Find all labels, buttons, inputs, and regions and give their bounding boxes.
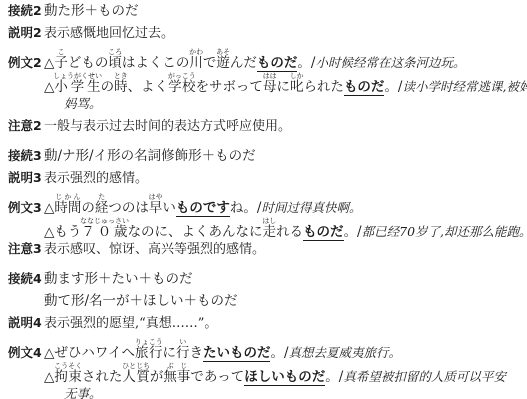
grammar-pattern-highlight: ものだ [257, 55, 298, 72]
ruby-annotated-text: 小学生しょうがくせい [54, 79, 100, 95]
section-usage-4: 接続4動ます形＋たい＋ものだ動て形/名一が＋ほしい＋ものだ説明4表示强烈的愿望,… [8, 271, 519, 399]
text-row: 接続4動ます形＋たい＋ものだ [8, 271, 519, 287]
furigana-text: こ [54, 48, 68, 56]
japanese-text: に [162, 345, 176, 361]
grammar-pattern-highlight: ものだ [344, 79, 385, 96]
japanese-text: 。/ [325, 369, 343, 385]
grammar-pattern-highlight: たいものだ [203, 345, 271, 362]
row-content: 動て形/名一が＋ほしい＋ものだ [44, 293, 519, 309]
chinese-translation: 都已经70岁了,却还那么能跑。 [362, 224, 527, 239]
row-content: 无事。 [44, 386, 519, 399]
row-content: △時間じかんの経たつのは早はやいものですね。/时间过得真快啊。 [44, 193, 519, 216]
japanese-text: △ [44, 55, 54, 71]
text-row: 動て形/名一が＋ほしい＋ものだ [8, 293, 519, 309]
chinese-translation: 妈骂。 [64, 96, 102, 111]
furigana-text: しか [290, 72, 304, 80]
text-row: 注意2一般与表示过去时间的表达方式呼应使用。 [8, 118, 519, 135]
ruby-annotated-text: 叱しか [290, 79, 304, 95]
furigana-text: こうそく [54, 362, 82, 370]
grammar-pattern-highlight: ほしいものだ [244, 369, 325, 386]
text-row: 例文2△子こどもの頃ころはよくこの川かわで遊あそんだものだ。/小时候经常在这条河… [8, 48, 519, 71]
japanese-text: 。/ [344, 224, 362, 240]
furigana-text: ぶじ [163, 362, 190, 370]
row-label: 接続3 [8, 148, 44, 163]
japanese-text: の [81, 200, 95, 216]
japanese-text: △ [44, 369, 54, 385]
japanese-text: どもの [68, 55, 109, 71]
chinese-translation: 真希望被扣留的人质可以平安 [343, 369, 506, 384]
japanese-text: はよくこの [122, 55, 190, 71]
row-content: △もう７０歳ななじゅっさいなのに、よくあんなに走はしれるものだ。/都已经70岁了… [44, 217, 527, 240]
furigana-text: い [176, 338, 190, 346]
text-row: 例文4△ぜひハワイへ旅行りょこうに行いきたいものだ。/真想去夏威夷旅行。 [8, 338, 519, 361]
ruby-annotated-text: 母はは [263, 79, 277, 95]
text-row: 妈骂。 [8, 96, 519, 112]
text-row: 説明2表示感慨地回忆过去。 [8, 25, 519, 42]
japanese-text: 動/ナ形/イ形の名詞修飾形＋ものだ [44, 148, 256, 164]
chinese-translation: 时间过得真快啊。 [261, 200, 361, 215]
chinese-note: 一般与表示过去时间的表达方式呼应使用。 [44, 119, 291, 134]
japanese-text: が [150, 369, 164, 385]
furigana-text: じかん [54, 193, 81, 201]
furigana-text: ななじゅっさい [80, 217, 129, 225]
japanese-text: なのに、よくあんなに [128, 224, 263, 240]
row-label: 接続2 [8, 3, 44, 18]
ruby-annotated-text: 早はや [149, 200, 163, 216]
row-content: △ぜひハワイへ旅行りょこうに行いきたいものだ。/真想去夏威夷旅行。 [44, 338, 519, 361]
chinese-note: 表示强烈的感情。 [44, 171, 148, 186]
japanese-text: 。/ [297, 55, 315, 71]
chinese-note: 表示感慨地回忆过去。 [44, 26, 174, 41]
japanese-text: んだ [230, 55, 257, 71]
ruby-annotated-text: 時とき [114, 79, 128, 95]
japanese-text: 、よく [128, 79, 169, 95]
ruby-annotated-text: 子こ [54, 55, 68, 71]
furigana-text: はや [149, 193, 163, 201]
furigana-text: しょうがくせい [53, 72, 102, 80]
japanese-text: い [162, 200, 176, 216]
japanese-text: であって [190, 369, 244, 385]
japanese-text: された [82, 369, 123, 385]
furigana-text: ひとじち [122, 362, 150, 370]
text-row: 无事。 [8, 386, 519, 399]
japanese-text: つのは [108, 200, 149, 216]
row-content: 表示强烈的感情。 [44, 170, 519, 187]
row-label: 注意3 [8, 241, 44, 256]
grammar-pattern-highlight: ものだ [303, 224, 344, 241]
text-row: 説明4表示强烈的愿望,“真想……”。 [8, 315, 519, 332]
furigana-text: りょこう [135, 338, 163, 346]
ruby-annotated-text: 無事ぶじ [163, 369, 190, 385]
row-content: △小学生しょうがくせいの時とき、よく学校がっこうをサボって母ははに叱しかられたも… [44, 72, 527, 95]
row-content: △子こどもの頃ころはよくこの川かわで遊あそんだものだ。/小时候经常在这条河边玩。 [44, 48, 519, 71]
row-content: 妈骂。 [44, 96, 519, 112]
row-content: 表示感叹、惊讶、高兴等强烈的感情。 [44, 241, 519, 258]
row-label: 説明4 [8, 315, 44, 330]
ruby-annotated-text: 遊あそ [216, 55, 230, 71]
row-label: 例文2 [8, 55, 44, 70]
chinese-note: 表示感叹、惊讶、高兴等强烈的感情。 [44, 242, 265, 257]
row-label: 接続4 [8, 271, 44, 286]
row-content: 一般与表示过去时间的表达方式呼应使用。 [44, 118, 519, 135]
row-label: 説明3 [8, 170, 44, 185]
ruby-annotated-text: 川かわ [189, 55, 203, 71]
row-content: 表示感慨地回忆过去。 [44, 25, 519, 42]
section-usage-2: 接続2動た形＋ものだ説明2表示感慨地回忆过去。例文2△子こどもの頃ころはよくこの… [8, 3, 519, 135]
row-label: 例文3 [8, 200, 44, 215]
section-usage-3: 接続3動/ナ形/イ形の名詞修飾形＋ものだ説明3表示强烈的感情。例文3△時間じかん… [8, 148, 519, 258]
text-row: △もう７０歳ななじゅっさいなのに、よくあんなに走はしれるものだ。/都已经70岁了… [8, 217, 519, 240]
row-content: 動ます形＋たい＋ものだ [44, 271, 519, 287]
furigana-text: はし [262, 217, 276, 225]
row-content: 動/ナ形/イ形の名詞修飾形＋ものだ [44, 148, 519, 164]
japanese-text: 動て形/名一が＋ほしい＋ものだ [44, 293, 238, 309]
ruby-annotated-text: 走はし [263, 224, 277, 240]
row-label: 例文4 [8, 345, 44, 360]
text-row: △小学生しょうがくせいの時とき、よく学校がっこうをサボって母ははに叱しかられたも… [8, 72, 519, 95]
japanese-text: ね。/ [230, 200, 262, 216]
japanese-text: △ぜひハワイへ [44, 345, 135, 361]
japanese-text: 。/ [270, 345, 288, 361]
grammar-page: 接続2動た形＋ものだ説明2表示感慨地回忆过去。例文2△子こどもの頃ころはよくこの… [0, 0, 527, 399]
japanese-text: 動た形＋ものだ [44, 3, 139, 19]
text-row: 接続2動た形＋ものだ [8, 3, 519, 19]
text-row: △拘束こうそくされた人質ひとじちが無事ぶじであってほしいものだ。/真希望被扣留的… [8, 362, 519, 385]
japanese-text: に [276, 79, 290, 95]
japanese-text: △もう [44, 224, 81, 240]
japanese-text: をサボって [196, 79, 263, 95]
row-label: 注意2 [8, 118, 44, 133]
japanese-text: 動ます形＋たい＋ものだ [44, 271, 193, 287]
japanese-text: 。/ [384, 79, 402, 95]
row-content: 表示强烈的愿望,“真想……”。 [44, 315, 519, 332]
grammar-pattern-highlight: ものです [176, 200, 230, 217]
furigana-text: た [95, 193, 109, 201]
furigana-text: はは [263, 72, 277, 80]
row-content: 動た形＋ものだ [44, 3, 519, 19]
japanese-text: で [203, 55, 217, 71]
furigana-text: がっこう [168, 72, 196, 80]
chinese-note: 表示强烈的愿望,“真想……”。 [44, 316, 217, 331]
chinese-translation: 真想去夏威夷旅行。 [289, 345, 402, 360]
chinese-translation: 小时候经常在这条河边玩。 [315, 55, 465, 70]
text-row: 説明3表示强烈的感情。 [8, 170, 519, 187]
japanese-text: の [101, 79, 115, 95]
text-row: 注意3表示感叹、惊讶、高兴等强烈的感情。 [8, 241, 519, 258]
japanese-text: き [189, 345, 203, 361]
row-content: △拘束こうそくされた人質ひとじちが無事ぶじであってほしいものだ。/真希望被扣留的… [44, 362, 519, 385]
ruby-annotated-text: 拘束こうそく [54, 369, 82, 385]
ruby-annotated-text: 人質ひとじち [122, 369, 150, 385]
japanese-text: れる [276, 224, 303, 240]
text-row: 接続3動/ナ形/イ形の名詞修飾形＋ものだ [8, 148, 519, 164]
japanese-text: られた [303, 79, 344, 95]
furigana-text: かわ [189, 48, 203, 56]
ruby-annotated-text: 経た [95, 200, 109, 216]
furigana-text: ころ [108, 48, 122, 56]
ruby-annotated-text: 時間じかん [54, 200, 81, 216]
ruby-annotated-text: 頃ころ [108, 55, 122, 71]
ruby-annotated-text: 旅行りょこう [135, 345, 163, 361]
chinese-translation: 无事。 [64, 386, 102, 399]
furigana-text: あそ [216, 48, 230, 56]
ruby-annotated-text: 行い [176, 345, 190, 361]
japanese-text: △ [44, 200, 54, 216]
ruby-annotated-text: 学校がっこう [168, 79, 196, 95]
text-row: 例文3△時間じかんの経たつのは早はやいものですね。/时间过得真快啊。 [8, 193, 519, 216]
chinese-translation: 读小学时经常逃课,被妈 [403, 79, 527, 94]
row-label: 説明2 [8, 25, 44, 40]
ruby-annotated-text: ７０歳ななじゅっさい [81, 224, 127, 240]
furigana-text: とき [114, 72, 128, 80]
